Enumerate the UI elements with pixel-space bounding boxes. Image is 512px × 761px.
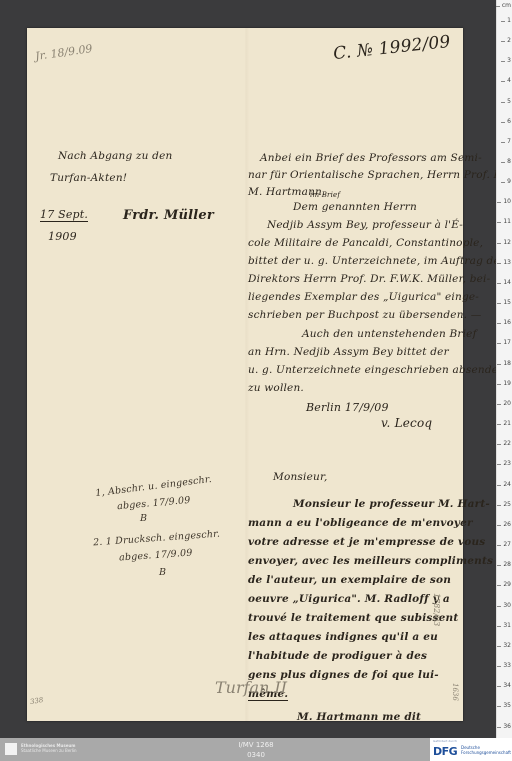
main-text-line: Direktors Herrn Prof. Dr. F.W.K. Müller,… — [248, 273, 490, 285]
ruler-tick: 20 — [503, 401, 511, 407]
ruler-tick: 15 — [503, 300, 511, 306]
ruler-tick: 31 — [503, 623, 511, 629]
museum-credit: Ethnologisches Museum Staatliche Museen … — [21, 743, 77, 753]
file-number: C. № 1992/09 — [332, 32, 451, 64]
ruler-tick: 1 — [507, 18, 511, 24]
top-left-pencil-note: Jr. 18/9.09 — [34, 42, 93, 63]
ruler-tick: 14 — [503, 280, 511, 286]
main-text-line: an Hrn. Nedjib Assym Bey bittet der — [248, 346, 449, 358]
french-line: oeuvre „Uigurica". M. Radloff y a — [248, 593, 450, 605]
turfan-pencil-note: Turfan II — [215, 678, 287, 697]
ruler-tick: 11 — [503, 219, 511, 225]
ruler-tick: 32 — [503, 643, 511, 649]
ruler-tick: 4 — [507, 78, 511, 84]
main-text-line: Dem genannten Herrn — [293, 201, 417, 213]
french-line: trouvé le traitement que subissent — [248, 612, 458, 624]
margin-date-line1: 17 Sept. — [40, 208, 88, 222]
funder-name: Deutsche Forschungsgemeinschaft — [461, 745, 511, 755]
inventory-info: I/MV 1268 0340 — [200, 740, 312, 760]
ruler-tick: 8 — [507, 159, 511, 165]
ruler-tick: 28 — [503, 562, 511, 568]
margin-date-line2: 1909 — [48, 230, 77, 243]
margin-note-line2: Turfan-Akten! — [50, 172, 127, 184]
ruler-tick: 19 — [503, 381, 511, 387]
signature-lecoq: v. Lecoq — [381, 416, 432, 430]
ruler-tick: 18 — [503, 361, 511, 367]
ruler-tick: 36 — [503, 724, 511, 730]
main-text-line: nar für Orientalische Sprachen, Herrn Pr… — [248, 169, 510, 181]
main-text-line: zu wollen. — [248, 382, 304, 394]
main-text-line: Nedjib Assym Bey, professeur à l'É- — [267, 219, 463, 231]
ruler-tick: 17 — [503, 340, 511, 346]
cm-ruler: cm 1 2 3 4 5 6 7 8 9 10 11 12 13 14 15 1… — [496, 0, 512, 738]
margin-stamp-number: 1782/03 — [432, 593, 441, 626]
margin-signature: Frdr. Müller — [123, 208, 214, 223]
main-text-line: bittet der u. g. Unterzeichnete, im Auft… — [248, 255, 505, 267]
ruler-tick: 33 — [503, 663, 511, 669]
french-line: Monsieur le professeur M. Hart- — [293, 498, 490, 510]
main-text-line: Anbei ein Brief des Professors am Semi- — [260, 152, 482, 164]
ruler-tick: 12 — [503, 240, 511, 246]
page-number: 0340 — [200, 750, 312, 760]
ruler-tick: 22 — [503, 441, 511, 447]
margin-note-line1: Nach Abgang zu den — [58, 150, 172, 162]
museum-subtitle: Staatliche Museen zu Berlin — [21, 748, 77, 753]
main-text-line: schrieben per Buchpost zu übersenden. — — [248, 309, 481, 321]
french-line: l'habitude de prodiguer à des — [248, 650, 427, 662]
ruler-tick: 25 — [503, 502, 511, 508]
scan-background: Jr. 18/9.09 C. № 1992/09 Nach Abgang zu … — [0, 0, 497, 738]
dispatch-item1-line2: abges. 17/9.09 — [117, 495, 191, 512]
ruler-tick: 7 — [507, 139, 511, 145]
ruler-tick: 34 — [503, 683, 511, 689]
main-text-line: liegendes Exemplar des „Uigurica" einge- — [248, 291, 479, 303]
ruler-tick: 9 — [507, 179, 511, 185]
dispatch-item2-initial: B — [159, 567, 166, 578]
dfg-logo-icon: DFG — [433, 745, 457, 758]
museum-logo-icon — [5, 743, 17, 755]
french-salutation: Monsieur, — [273, 471, 328, 483]
ruler-tick: 2 — [507, 38, 511, 44]
funder-credit: Gefördert durch DFG Deutsche Forschungsg… — [430, 738, 512, 761]
ruler-tick: 24 — [503, 482, 511, 488]
french-line: de l'auteur, un exemplaire de son — [248, 574, 451, 586]
ruler-tick: 27 — [503, 542, 511, 548]
dispatch-item2-line1: 2. 1 Drucksch. eingeschr. — [93, 529, 221, 549]
french-line: votre adresse et je m'empresse de vous — [248, 536, 485, 548]
french-line: les attaques indignes qu'il a eu — [248, 631, 438, 643]
inventory-number: I/MV 1268 — [200, 740, 312, 750]
funder-top-label: Gefördert durch — [433, 739, 457, 743]
ruler-tick: 13 — [503, 260, 511, 266]
ruler-tick: 10 — [503, 199, 511, 205]
french-line: M. Hartmann me dit — [297, 711, 421, 723]
ruler-tick: 35 — [503, 703, 511, 709]
main-text-line: u. g. Unterzeichnete eingeschrieben abse… — [248, 364, 505, 376]
place-date: Berlin 17/9/09 — [306, 401, 389, 414]
ruler-tick: 5 — [507, 99, 511, 105]
ruler-tick: 16 — [503, 320, 511, 326]
main-text-line: cole Militaire de Pancaldi, Constantinop… — [248, 237, 483, 249]
ruler-tick: 29 — [503, 582, 511, 588]
ruler-unit: cm — [502, 3, 511, 9]
dispatch-item2-line2: abges. 17/9.09 — [119, 547, 193, 563]
ruler-tick: 3 — [507, 58, 511, 64]
margin-page-number: 1636 — [451, 683, 459, 701]
document-page: Jr. 18/9.09 C. № 1992/09 Nach Abgang zu … — [27, 28, 463, 721]
dispatch-item1-initial: B — [140, 513, 147, 524]
main-text-insertion: im Brief — [310, 191, 340, 199]
ruler-tick: 30 — [503, 603, 511, 609]
french-line: mann a eu l'obligeance de m'envoyer — [248, 517, 473, 529]
funder-name-line2: Forschungsgemeinschaft — [461, 750, 511, 755]
ruler-tick: 21 — [503, 421, 511, 427]
ruler-tick: 23 — [503, 461, 511, 467]
main-text-line: Auch den untenstehenden Brief — [302, 328, 477, 340]
french-line: envoyer, avec les meilleurs compliments — [248, 555, 493, 567]
ruler-tick: 26 — [503, 522, 511, 528]
ruler-tick: 6 — [507, 119, 511, 125]
bottom-left-number: 338 — [29, 696, 44, 706]
dispatch-item1-line1: 1, Abschr. u. eingeschr. — [95, 474, 213, 499]
